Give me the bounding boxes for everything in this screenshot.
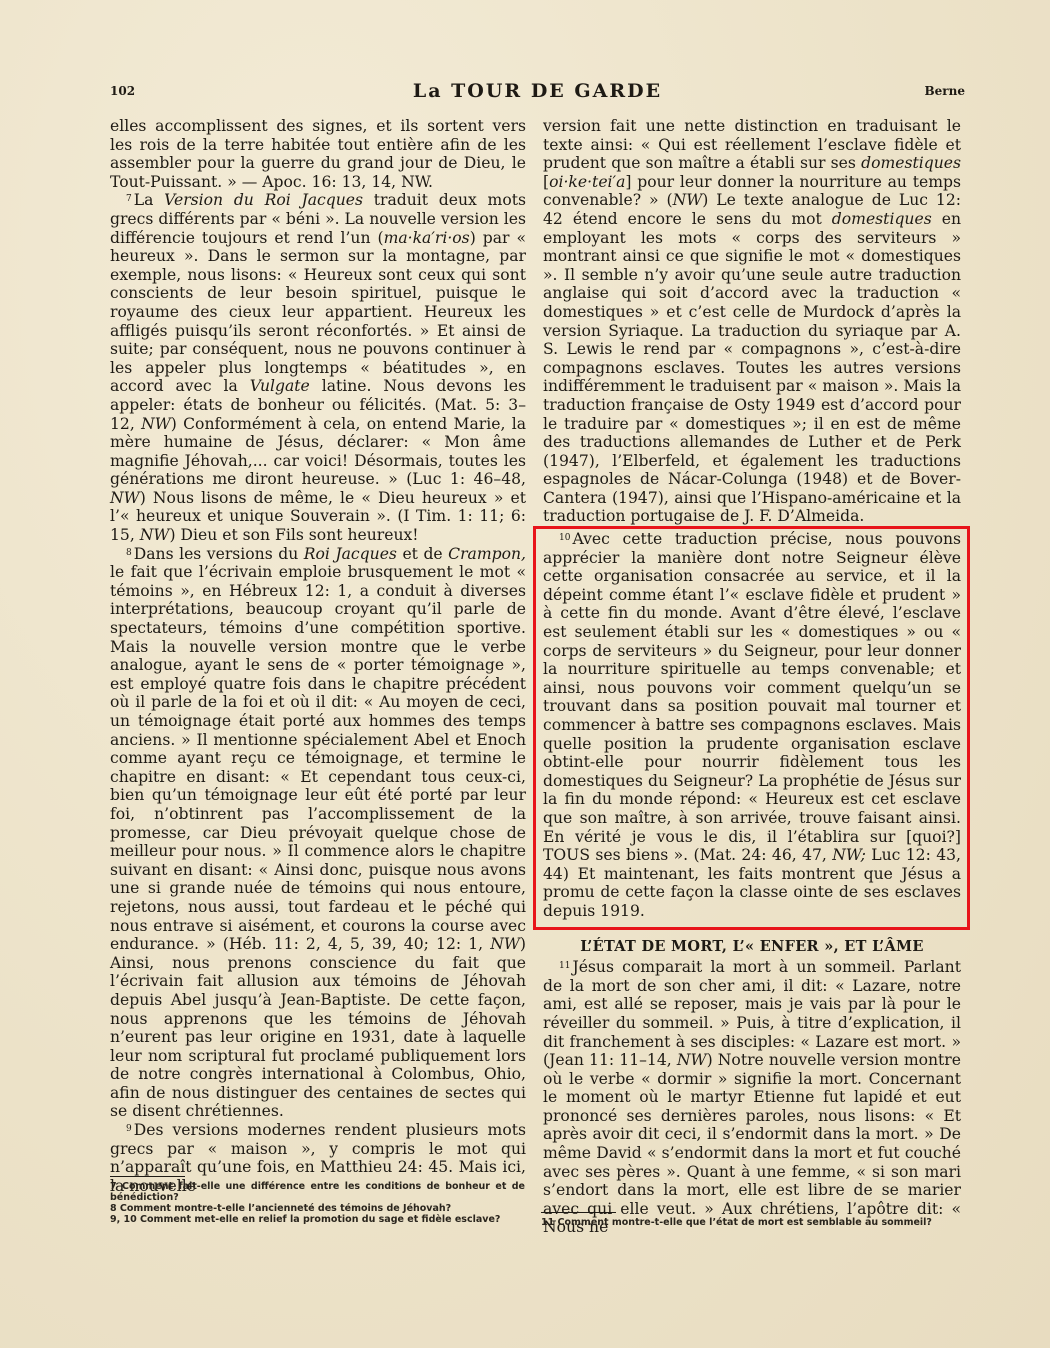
page-header: 102 La TOUR DE GARDE Berne xyxy=(110,80,965,108)
footnote-question: 7 Comment fait-elle une différence entre… xyxy=(110,1181,525,1203)
paragraph-number: 9 xyxy=(126,1124,132,1134)
footnote-question: 11 Comment montre-t-elle que l’état de m… xyxy=(541,1217,959,1228)
footnote-divider xyxy=(110,1176,185,1177)
edition-place: Berne xyxy=(925,84,965,98)
section-subheading: L’ÉTAT DE MORT, L’« ENFER », ET L’ÂME xyxy=(543,938,961,957)
continuation-text: version fait une nette distinction en tr… xyxy=(543,117,961,526)
footnote-divider xyxy=(541,1212,616,1213)
footnote-question: 8 Comment montre-t-elle l’ancienneté des… xyxy=(110,1203,525,1214)
left-column: elles accomplissent des signes, et ils s… xyxy=(110,117,526,1195)
paragraph-10: 10Avec cette traduction précise, nous po… xyxy=(543,530,961,920)
paragraph-number: 7 xyxy=(126,194,132,204)
paragraph-8: 8Dans les versions du Roi Jacques et de … xyxy=(110,545,526,1121)
left-footnotes: 7 Comment fait-elle une différence entre… xyxy=(110,1176,525,1225)
paragraph-number: 8 xyxy=(126,548,132,558)
continuation-text: elles accomplissent des signes, et ils s… xyxy=(110,117,526,191)
magazine-title: La TOUR DE GARDE xyxy=(110,80,965,102)
right-column: version fait une nette distinction en tr… xyxy=(543,117,961,1237)
paragraph-11: 11Jésus comparait la mort à un sommeil. … xyxy=(543,958,961,1237)
paragraph-7: 7La Version du Roi Jacques traduit deux … xyxy=(110,191,526,544)
highlight-box: 10Avec cette traduction précise, nous po… xyxy=(533,526,970,929)
footnote-question: 9, 10 Comment met-elle en relief la prom… xyxy=(110,1214,525,1225)
paragraph-number: 11 xyxy=(559,961,570,971)
paragraph-number: 10 xyxy=(559,533,570,543)
right-footnotes: 11 Comment montre-t-elle que l’état de m… xyxy=(541,1212,959,1228)
